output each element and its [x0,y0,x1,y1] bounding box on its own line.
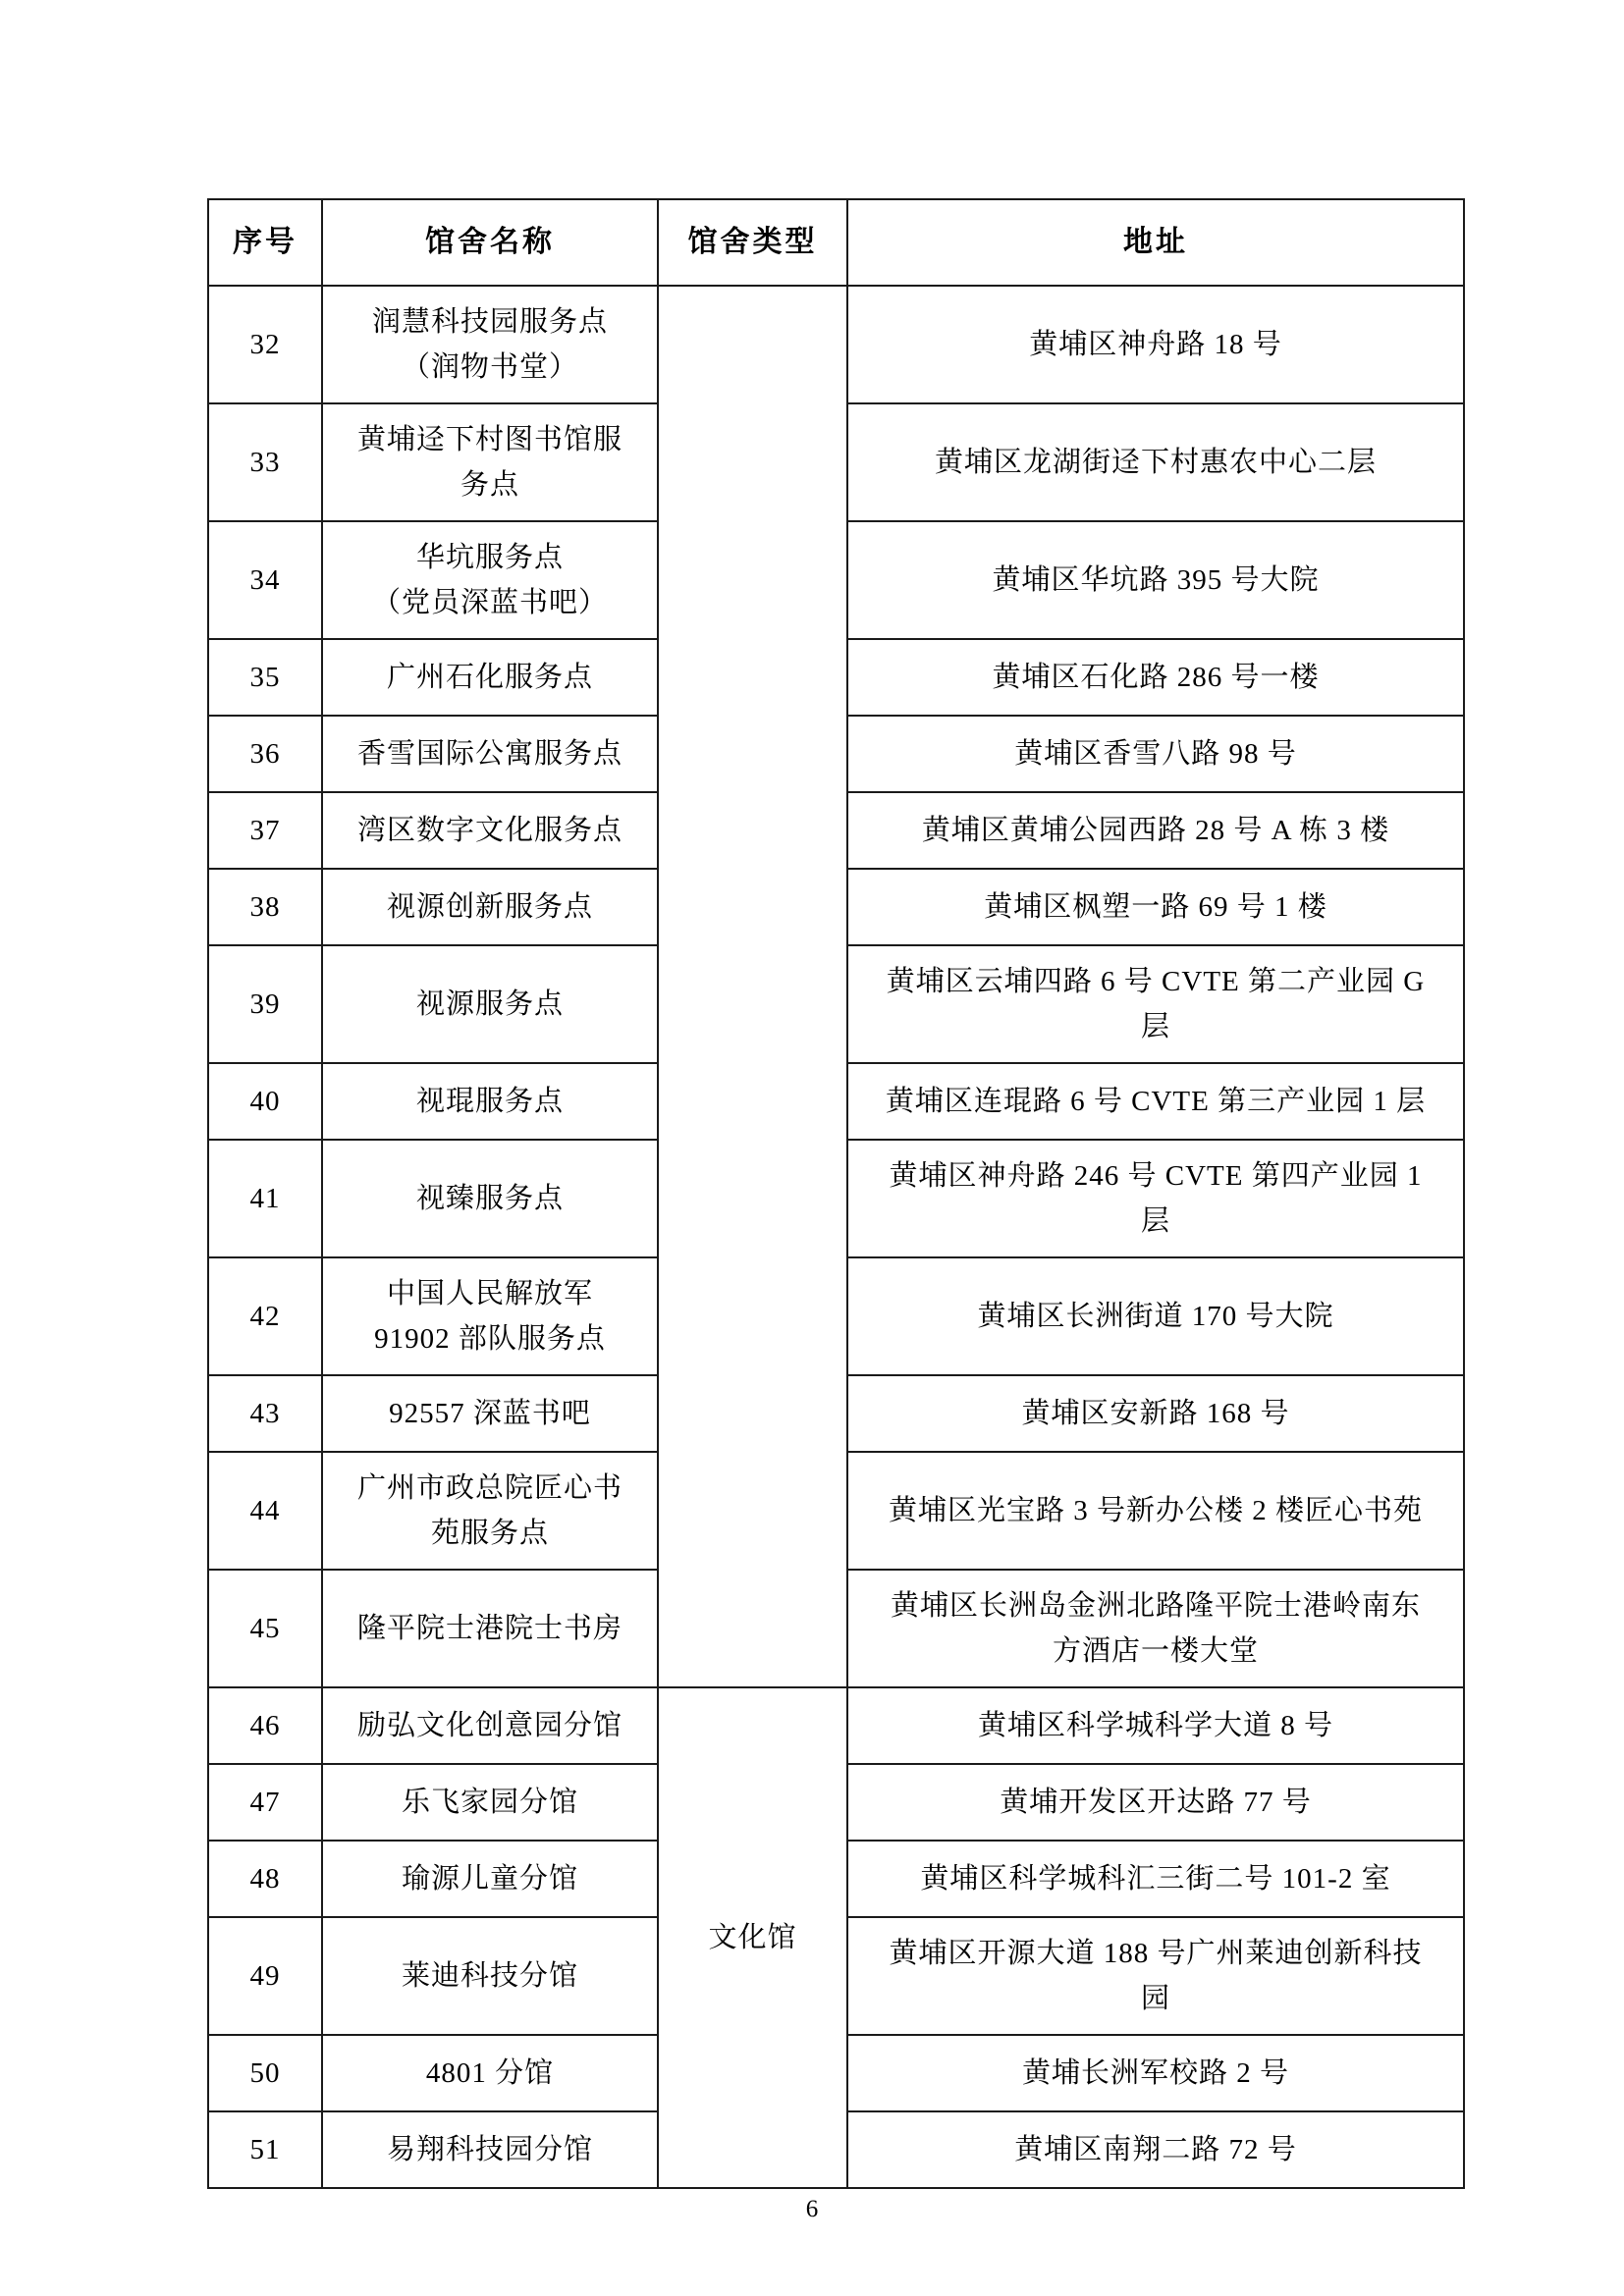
type-cell [658,286,847,1687]
address-cell: 黄埔区黄埔公园西路 28 号 A 栋 3 楼 [847,792,1464,869]
name-cell: 华坑服务点 （党员深蓝书吧） [322,521,658,639]
name-cell: 湾区数字文化服务点 [322,792,658,869]
col-header-seq: 序号 [208,199,322,286]
library-branches-table: 序号 馆舍名称 馆舍类型 地址 32润慧科技园服务点 （润物书堂）黄埔区神舟路 … [207,198,1465,2189]
type-cell: 文化馆 [658,1687,847,2188]
address-cell: 黄埔区长洲岛金洲北路隆平院士港岭南东 方酒店一楼大堂 [847,1570,1464,1687]
address-cell: 黄埔区光宝路 3 号新办公楼 2 楼匠心书苑 [847,1452,1464,1570]
name-cell: 瑜源儿童分馆 [322,1841,658,1917]
address-cell: 黄埔开发区开达路 77 号 [847,1764,1464,1841]
table-row: 46励弘文化创意园分馆文化馆黄埔区科学城科学大道 8 号 [208,1687,1464,1764]
table-header-row: 序号 馆舍名称 馆舍类型 地址 [208,199,1464,286]
address-cell: 黄埔区开源大道 188 号广州莱迪创新科技 园 [847,1917,1464,2035]
seq-cell: 33 [208,403,322,521]
table-body: 32润慧科技园服务点 （润物书堂）黄埔区神舟路 18 号33黄埔迳下村图书馆服 … [208,286,1464,2188]
seq-cell: 45 [208,1570,322,1687]
address-cell: 黄埔区神舟路 18 号 [847,286,1464,403]
page-number: 6 [0,2195,1624,2224]
seq-cell: 49 [208,1917,322,2035]
seq-cell: 39 [208,945,322,1063]
name-cell: 香雪国际公寓服务点 [322,716,658,792]
seq-cell: 42 [208,1257,322,1375]
seq-cell: 36 [208,716,322,792]
seq-cell: 47 [208,1764,322,1841]
document-page: 序号 馆舍名称 馆舍类型 地址 32润慧科技园服务点 （润物书堂）黄埔区神舟路 … [0,0,1624,2296]
seq-cell: 37 [208,792,322,869]
seq-cell: 51 [208,2111,322,2188]
address-cell: 黄埔区神舟路 246 号 CVTE 第四产业园 1 层 [847,1140,1464,1257]
address-cell: 黄埔区云埔四路 6 号 CVTE 第二产业园 G 层 [847,945,1464,1063]
address-cell: 黄埔区连琨路 6 号 CVTE 第三产业园 1 层 [847,1063,1464,1140]
name-cell: 润慧科技园服务点 （润物书堂） [322,286,658,403]
col-header-type: 馆舍类型 [658,199,847,286]
table-row: 32润慧科技园服务点 （润物书堂）黄埔区神舟路 18 号 [208,286,1464,403]
address-cell: 黄埔区龙湖街迳下村惠农中心二层 [847,403,1464,521]
seq-cell: 35 [208,639,322,716]
name-cell: 广州市政总院匠心书 苑服务点 [322,1452,658,1570]
seq-cell: 32 [208,286,322,403]
name-cell: 隆平院士港院士书房 [322,1570,658,1687]
address-cell: 黄埔区华坑路 395 号大院 [847,521,1464,639]
name-cell: 莱迪科技分馆 [322,1917,658,2035]
col-header-name: 馆舍名称 [322,199,658,286]
seq-cell: 43 [208,1375,322,1452]
name-cell: 视源服务点 [322,945,658,1063]
name-cell: 易翔科技园分馆 [322,2111,658,2188]
address-cell: 黄埔区科学城科学大道 8 号 [847,1687,1464,1764]
name-cell: 视琨服务点 [322,1063,658,1140]
seq-cell: 48 [208,1841,322,1917]
seq-cell: 50 [208,2035,322,2111]
seq-cell: 38 [208,869,322,945]
seq-cell: 44 [208,1452,322,1570]
col-header-address: 地址 [847,199,1464,286]
name-cell: 视源创新服务点 [322,869,658,945]
name-cell: 乐飞家园分馆 [322,1764,658,1841]
address-cell: 黄埔区安新路 168 号 [847,1375,1464,1452]
seq-cell: 40 [208,1063,322,1140]
address-cell: 黄埔区石化路 286 号一楼 [847,639,1464,716]
address-cell: 黄埔长洲军校路 2 号 [847,2035,1464,2111]
name-cell: 励弘文化创意园分馆 [322,1687,658,1764]
name-cell: 视臻服务点 [322,1140,658,1257]
seq-cell: 46 [208,1687,322,1764]
address-cell: 黄埔区科学城科汇三街二号 101-2 室 [847,1841,1464,1917]
name-cell: 广州石化服务点 [322,639,658,716]
address-cell: 黄埔区枫塑一路 69 号 1 楼 [847,869,1464,945]
address-cell: 黄埔区香雪八路 98 号 [847,716,1464,792]
address-cell: 黄埔区长洲街道 170 号大院 [847,1257,1464,1375]
address-cell: 黄埔区南翔二路 72 号 [847,2111,1464,2188]
seq-cell: 34 [208,521,322,639]
name-cell: 黄埔迳下村图书馆服 务点 [322,403,658,521]
name-cell: 4801 分馆 [322,2035,658,2111]
name-cell: 中国人民解放军 91902 部队服务点 [322,1257,658,1375]
name-cell: 92557 深蓝书吧 [322,1375,658,1452]
seq-cell: 41 [208,1140,322,1257]
